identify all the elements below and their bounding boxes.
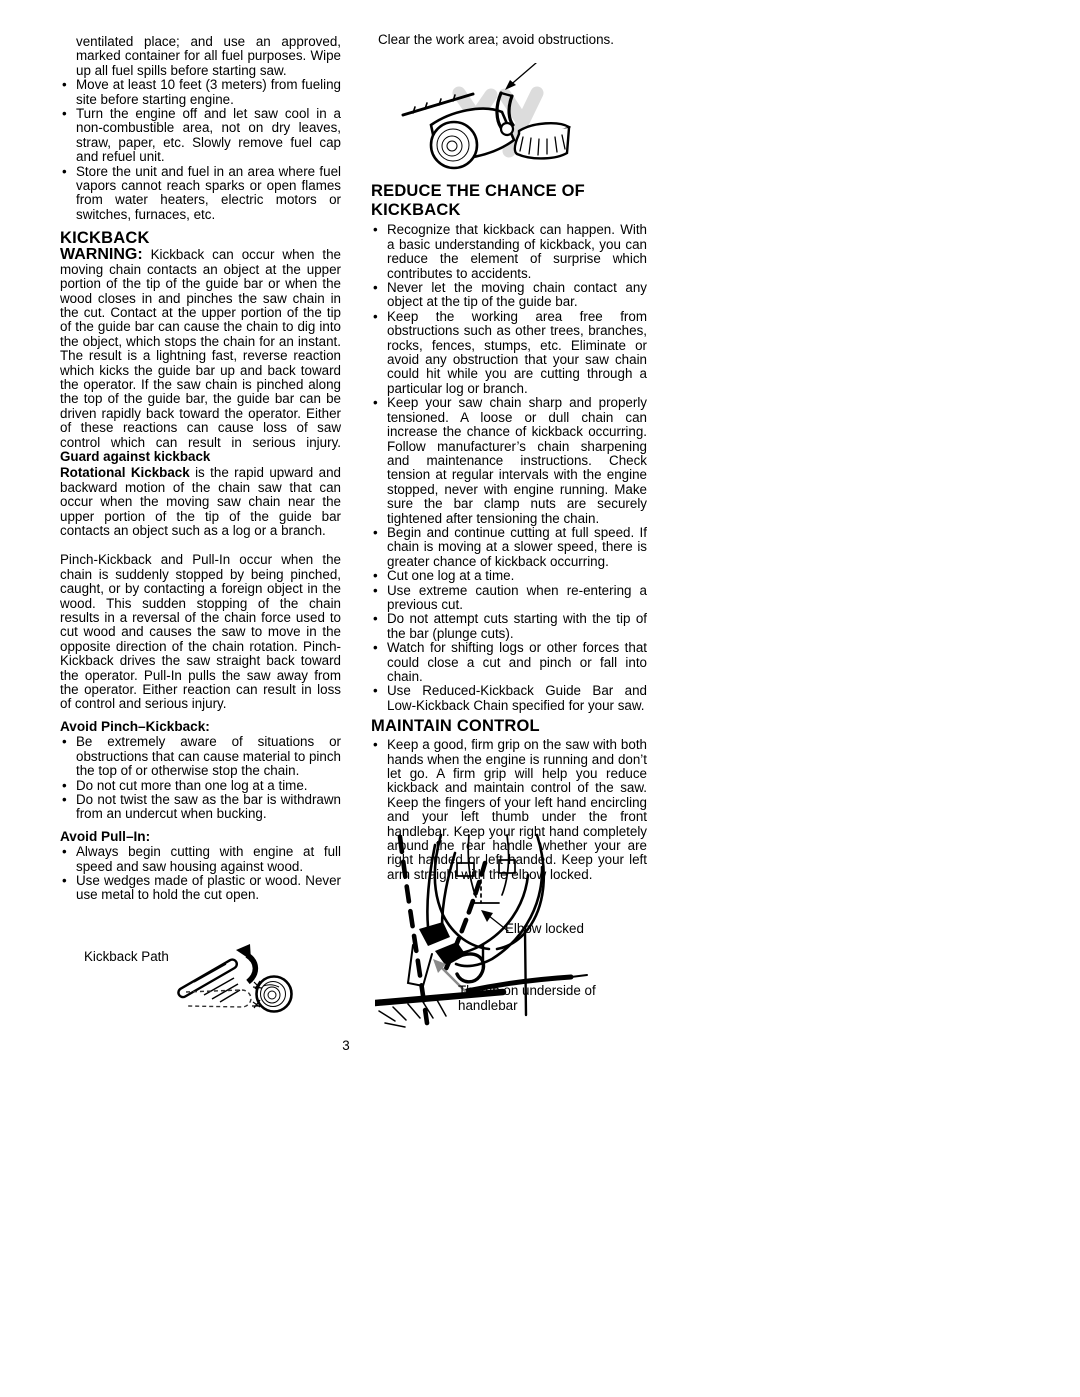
right-column: Clear the work area; avoid obstructions. — [371, 33, 647, 882]
list-item: Watch for shifting logs or other forces … — [371, 641, 647, 684]
avoid-pinch-kickback-subheading: Avoid Pinch–Kickback: — [60, 720, 341, 734]
kickback-arrow — [247, 955, 255, 982]
page-number: 3 — [332, 1038, 360, 1053]
work-area-illustration — [371, 47, 647, 174]
list-item: Recognize that kickback can happen. With… — [371, 223, 647, 281]
list-item: Store the unit and fuel in an area where… — [60, 165, 341, 223]
work-area-drawing — [401, 63, 633, 175]
vest-pocket-left — [457, 863, 474, 876]
intro-continuation-paragraph: ventilated place; and use an approved, m… — [60, 35, 341, 78]
reduce-kickback-heading: REDUCE THE CHANCE OF KICKBACK — [371, 182, 647, 220]
kickback-path-drawing — [168, 936, 308, 1031]
rotational-kickback-paragraph: Rotational Kickback is the rapid upward … — [60, 466, 341, 538]
guard-against-kickback-label: Guard against kickback — [60, 449, 210, 464]
avoid-pinch-bullet-list: Be extremely aware of situations or obst… — [60, 735, 341, 821]
list-item: Never let the moving chain contact any o… — [371, 281, 647, 310]
list-item: Keep the working area free from obstruct… — [371, 310, 647, 396]
front-hand — [419, 922, 450, 946]
log-end-grain — [431, 122, 477, 168]
list-item: Use wedges made of plastic or wood. Neve… — [60, 874, 341, 903]
thumb-underside-label: Thumb on underside of handlebar — [458, 984, 630, 1013]
maintain-control-heading: MAINTAIN CONTROL — [371, 717, 647, 736]
kickback-path-illustration: Kickback Path — [80, 936, 315, 1031]
list-item: Always begin cutting with engine at full… — [60, 845, 341, 874]
list-item: Do not twist the saw as the bar is withd… — [60, 793, 341, 822]
warning-paragraph: WARNING: Kickback can occur when the mov… — [60, 248, 341, 464]
dashed-bar-shape — [186, 990, 251, 1007]
list-item: Keep your saw chain sharp and properly t… — [371, 396, 647, 526]
reduce-kickback-bullet-list: Recognize that kickback can happen. With… — [371, 223, 647, 713]
rotational-kickback-label: Rotational Kickback — [60, 465, 190, 480]
list-item: Be extremely aware of situations or obst… — [60, 735, 341, 778]
elbow-locked-label: Elbow locked — [505, 922, 625, 937]
manual-page: ventilated place; and use an approved, m… — [0, 0, 1080, 1397]
list-item: Use extreme caution when re-entering a p… — [371, 584, 647, 613]
list-item: Do not cut more than one log at a time. — [60, 779, 341, 793]
left-column: ventilated place; and use an approved, m… — [60, 35, 341, 903]
kickback-arrowhead — [236, 944, 251, 960]
list-item: Turn the engine off and let saw cool in … — [60, 107, 341, 165]
grip-illustration: Elbow locked Thumb on underside of handl… — [375, 833, 665, 1030]
list-item: Move at least 10 feet (3 meters) from fu… — [60, 78, 341, 107]
fuel-safety-bullet-list: Move at least 10 feet (3 meters) from fu… — [60, 78, 341, 222]
left-arm-outline — [427, 845, 435, 927]
pinch-kickback-paragraph: Pinch-Kickback and Pull-In occur when th… — [60, 553, 341, 711]
list-item: Do not attempt cuts starting with the ti… — [371, 612, 647, 641]
clear-work-area-caption: Clear the work area; avoid obstructions. — [371, 33, 647, 47]
avoid-pull-in-bullet-list: Always begin cutting with engine at full… — [60, 845, 341, 903]
kickback-path-label: Kickback Path — [84, 950, 169, 965]
rear-handle-loop — [457, 954, 484, 982]
vest-pocket-right — [499, 860, 515, 873]
avoid-pull-in-subheading: Avoid Pull–In: — [60, 830, 341, 844]
list-item: Use Reduced-Kickback Guide Bar and Low-K… — [371, 684, 647, 713]
warning-text: Kickback can occur when the moving chain… — [60, 247, 341, 449]
list-item: Begin and continue cutting at full speed… — [371, 526, 647, 569]
elbow-arrowhead — [481, 910, 493, 922]
list-item: Cut one log at a time. — [371, 569, 647, 583]
stump — [515, 124, 569, 159]
